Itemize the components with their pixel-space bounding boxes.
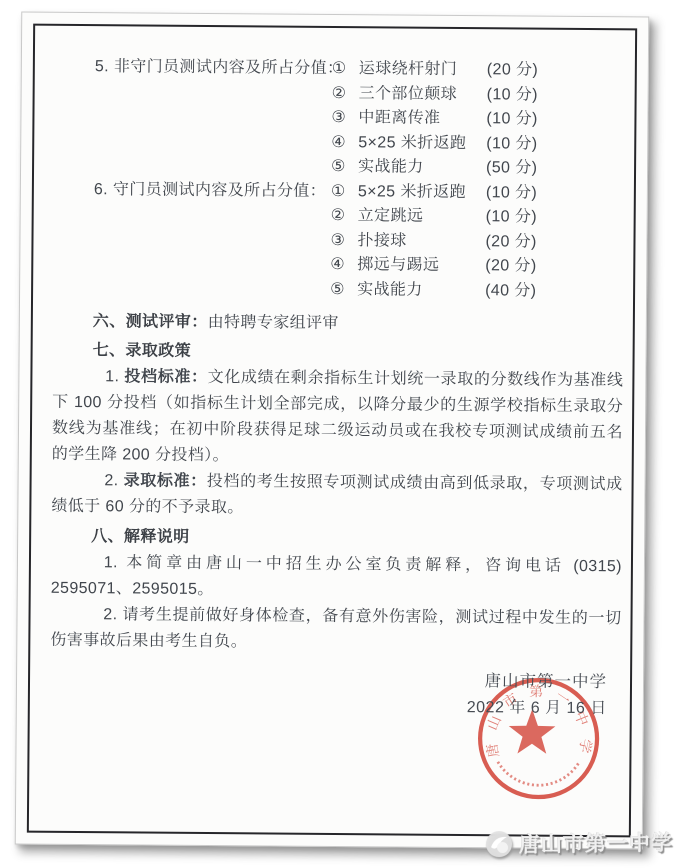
item-name: 5×25 米折返跑 xyxy=(358,131,486,157)
section-number: 6. xyxy=(94,181,108,198)
test-item-row: ④ 掷远与踢远 (20 分) xyxy=(330,253,624,280)
item-name: 5×25 米折返跑 xyxy=(358,180,486,206)
item-name: 三个部位颠球 xyxy=(359,82,487,108)
seal-serial-code-arc xyxy=(498,762,579,786)
paragraph-number: 2. xyxy=(103,606,122,623)
watermark-logo-icon xyxy=(484,829,514,859)
item-name: 扑接球 xyxy=(357,229,485,255)
paragraph-body: 请考生提前做好身体检查，备有意外伤害险，测试过程中发生的一切伤害事故后果由考生自… xyxy=(50,606,621,650)
item-score: (40 分) xyxy=(485,279,537,304)
test-section-goalkeeper: 6. 守门员测试内容及所占分值： ① 5×25 米折返跑 (10 分) ② 立定… xyxy=(93,178,625,305)
test-item-row: ⑤ 实战能力 (40 分) xyxy=(330,277,624,304)
item-marker: ④ xyxy=(330,253,357,278)
signature-date: 2022 年 6 月 16 日 xyxy=(50,691,607,723)
test-item-row: ② 三个部位颠球 (10 分) xyxy=(332,81,626,108)
item-score: (20 分) xyxy=(485,254,537,279)
item-score: (20 分) xyxy=(487,58,539,83)
item-score: (10 分) xyxy=(486,205,538,230)
test-item-row: ⑤ 实战能力 (50 分) xyxy=(331,155,625,182)
test-section-non-goalkeeper: 5. 非守门员测试内容及所占分值： ① 运球绕杆射门 (20 分) ② 三个部位… xyxy=(94,55,626,182)
item-name: 实战能力 xyxy=(358,155,486,181)
test-item-row: ② 立定跳远 (10 分) xyxy=(331,204,625,231)
explanation-paragraph-1: 1. 本简章由唐山一中招生办公室负责解释，咨询电话 (0315) 2595071… xyxy=(51,550,622,606)
paragraph-number: 1. xyxy=(105,368,124,385)
test-item-row: ④ 5×25 米折返跑 (10 分) xyxy=(331,130,625,157)
explanation-paragraph-2: 2. 请考生提前做好身体检查，备有意外伤害险，测试过程中发生的一切伤害事故后果由… xyxy=(50,602,621,658)
item-marker: ② xyxy=(331,204,358,229)
paragraph-number: 1. xyxy=(104,554,127,571)
item-score: (10 分) xyxy=(486,107,538,132)
item-score: (10 分) xyxy=(486,132,538,157)
test-item-row: ① 运球绕杆射门 (20 分) xyxy=(332,57,626,84)
section-6-review: 六、测试评审：由特聘专家组评审 xyxy=(93,309,624,339)
item-marker: ① xyxy=(332,57,359,82)
school-watermark: 唐山市第一中学 xyxy=(484,823,674,864)
item-name: 立定跳远 xyxy=(358,204,486,230)
section-6-heading: 六、测试评审： xyxy=(93,313,208,331)
item-marker: ③ xyxy=(330,228,357,253)
admission-paragraph-2: 2. 录取标准：投档的考生按照专项测试成绩由高到低录取，专项测试成绩低于 60 … xyxy=(51,468,622,524)
section-title: 守门员测试内容及所占分值： xyxy=(113,181,326,200)
item-score: (50 分) xyxy=(486,156,538,181)
paragraph-body: 本简章由唐山一中招生办公室负责解释，咨询电话 (0315) 2595071、25… xyxy=(51,554,622,598)
paragraph-number: 2. xyxy=(104,472,123,489)
paragraph-lead: 录取标准： xyxy=(124,472,207,490)
scanned-document-page: 5. 非守门员测试内容及所占分值： ① 运球绕杆射门 (20 分) ② 三个部位… xyxy=(15,12,650,850)
item-score: (10 分) xyxy=(486,181,538,206)
section-title: 非守门员测试内容及所占分值： xyxy=(114,58,344,77)
screenshot-scene: 5. 非守门员测试内容及所占分值： ① 运球绕杆射门 (20 分) ② 三个部位… xyxy=(0,0,680,868)
item-name: 运球绕杆射门 xyxy=(359,57,487,83)
item-marker: ② xyxy=(332,81,359,106)
item-marker: ⑤ xyxy=(331,155,358,180)
test-item-row: ③ 中距离传准 (10 分) xyxy=(331,106,625,133)
admission-paragraph-1: 1. 投档标准：文化成绩在剩余指标生计划统一录取的分数线作为基准线下 100 分… xyxy=(52,364,624,472)
item-score: (20 分) xyxy=(485,230,537,255)
item-marker: ① xyxy=(331,179,358,204)
section-number: 5. xyxy=(95,58,109,75)
section-6-text: 由特聘专家组评审 xyxy=(208,314,339,332)
signature-block: 唐山市第一中学 2022 年 6 月 16 日 xyxy=(50,665,621,723)
test-item-row: ① 5×25 米折返跑 (10 分) xyxy=(331,179,625,206)
paragraph-lead: 投档标准： xyxy=(124,368,207,386)
item-marker: ④ xyxy=(331,130,358,155)
watermark-text: 唐山市第一中学 xyxy=(519,827,673,859)
item-name: 实战能力 xyxy=(357,278,485,304)
item-name: 掷远与踢远 xyxy=(357,253,485,279)
item-name: 中距离传准 xyxy=(358,106,486,132)
item-marker: ⑤ xyxy=(330,277,357,302)
item-score: (10 分) xyxy=(487,83,539,108)
test-item-row: ③ 扑接球 (20 分) xyxy=(330,228,624,255)
item-marker: ③ xyxy=(331,106,358,131)
